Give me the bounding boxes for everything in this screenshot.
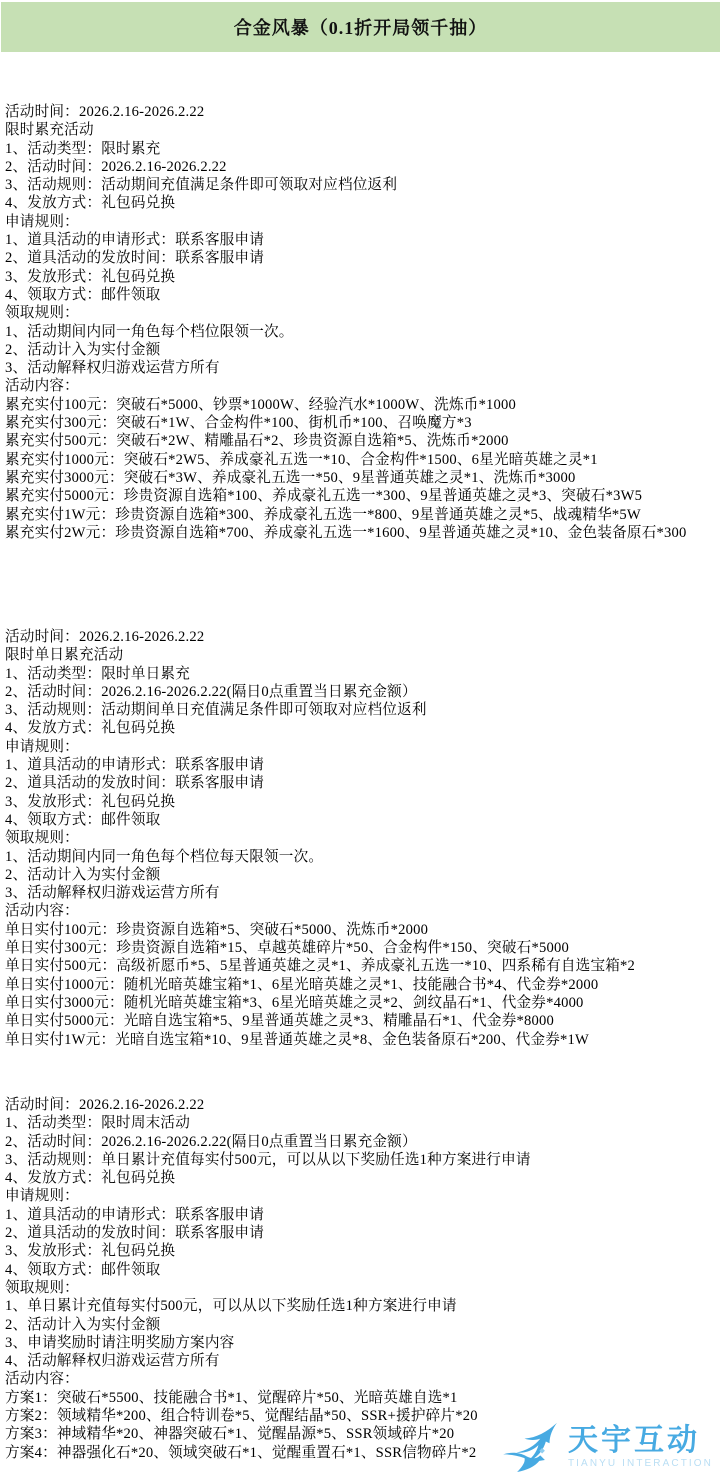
text-line: 累充实付2W元：珍贵资源自选箱*700、养成豪礼五选一*1600、9星普通英雄之… — [5, 524, 721, 542]
text-line: 2、活动计入为实付金额 — [5, 1316, 721, 1334]
text-line: 2、活动时间：2026.2.16-2026.2.22(隔日0点重置当日累充金额） — [5, 683, 721, 701]
text-line: 3、发放形式：礼包码兑换 — [5, 1242, 721, 1260]
text-line: 4、活动解释权归游戏运营方所有 — [5, 1352, 721, 1370]
section-limited-total-recharge: 活动时间：2026.2.16-2026.2.22限时累充活动1、活动类型：限时累… — [5, 103, 721, 542]
text-line: 累充实付500元：突破石*2W、精雕晶石*2、珍贵资源自选箱*5、洗炼币*200… — [5, 432, 721, 450]
text-line: 单日实付500元：高级祈愿币*5、5星普通英雄之灵*1、养成豪礼五选一*10、四… — [5, 957, 721, 975]
text-line: 累充实付3000元：突破石*3W、养成豪礼五选一*50、9星普通英雄之灵*1、洗… — [5, 469, 721, 487]
text-line: 1、道具活动的申请形式：联系客服申请 — [5, 756, 721, 774]
text-line: 3、发放形式：礼包码兑换 — [5, 268, 721, 286]
text-line: 1、活动期间内同一角色每个档位限领一次。 — [5, 323, 721, 341]
text-line: 限时单日累充活动 — [5, 646, 721, 664]
text-line: 领取规则： — [5, 1279, 721, 1297]
text-line: 3、活动规则：活动期间充值满足条件即可领取对应档位返利 — [5, 176, 721, 194]
text-line: 3、活动解释权归游戏运营方所有 — [5, 884, 721, 902]
text-line: 单日实付300元：珍贵资源自选箱*15、卓越英雄碎片*50、合金构件*150、突… — [5, 939, 721, 957]
text-line: 单日实付5000元：光暗自选宝箱*5、9星普通英雄之灵*3、精雕晶石*1、代金券… — [5, 1012, 721, 1030]
text-line: 1、道具活动的申请形式：联系客服申请 — [5, 231, 721, 249]
text-line: 申请规则： — [5, 738, 721, 756]
text-line: 单日实付100元：珍贵资源自选箱*5、突破石*5000、洗炼币*2000 — [5, 921, 721, 939]
text-line: 单日实付1W元：光暗自选宝箱*10、9星普通英雄之灵*8、金色装备原石*200、… — [5, 1031, 721, 1049]
text-line: 活动时间：2026.2.16-2026.2.22 — [5, 628, 721, 646]
text-line: 活动内容： — [5, 377, 721, 395]
text-line: 累充实付5000元：珍贵资源自选箱*100、养成豪礼五选一*300、9星普通英雄… — [5, 487, 721, 505]
tianyu-logo: 天宇互动 TIANYU INTERACTION — [501, 1422, 713, 1472]
text-line: 4、发放方式：礼包码兑换 — [5, 719, 721, 737]
text-line: 3、活动规则：活动期间单日充值满足条件即可领取对应档位返利 — [5, 701, 721, 719]
text-line: 累充实付1000元：突破石*2W5、养成豪礼五选一*10、合金构件*1500、6… — [5, 451, 721, 469]
tianyu-bird-icon — [501, 1422, 561, 1472]
text-line: 限时累充活动 — [5, 121, 721, 139]
text-line: 1、活动期间内同一角色每个档位每天限领一次。 — [5, 848, 721, 866]
text-line: 1、活动类型：限时周末活动 — [5, 1114, 721, 1132]
text-line: 申请规则： — [5, 1187, 721, 1205]
text-line: 4、领取方式：邮件领取 — [5, 286, 721, 304]
text-line: 4、领取方式：邮件领取 — [5, 811, 721, 829]
text-line: 方案1：突破石*5500、技能融合书*1、觉醒碎片*50、光暗英雄自选*1 — [5, 1389, 721, 1407]
text-line: 3、发放形式：礼包码兑换 — [5, 793, 721, 811]
logo-text: 天宇互动 TIANYU INTERACTION — [568, 1426, 713, 1469]
text-line: 2、活动计入为实付金额 — [5, 341, 721, 359]
text-line: 4、发放方式：礼包码兑换 — [5, 1169, 721, 1187]
logo-text-cn: 天宇互动 — [568, 1426, 700, 1456]
section-daily-recharge: 活动时间：2026.2.16-2026.2.22限时单日累充活动1、活动类型：限… — [5, 628, 721, 1049]
text-line: 3、活动规则：单日累计充值每实付500元，可以从以下奖励任选1种方案进行申请 — [5, 1151, 721, 1169]
text-line: 领取规则： — [5, 304, 721, 322]
text-line: 1、活动类型：限时单日累充 — [5, 665, 721, 683]
text-line: 活动时间：2026.2.16-2026.2.22 — [5, 103, 721, 121]
text-line: 累充实付1W元：珍贵资源自选箱*300、养成豪礼五选一*800、9星普通英雄之灵… — [5, 506, 721, 524]
logo-text-en: TIANYU INTERACTION — [568, 1458, 713, 1469]
text-line: 申请规则： — [5, 213, 721, 231]
page-title: 合金风暴（0.1折开局领千抽） — [234, 14, 488, 40]
text-line: 2、道具活动的发放时间：联系客服申请 — [5, 1224, 721, 1242]
text-line: 累充实付300元：突破石*1W、合金构件*100、街机币*100、召唤魔方*3 — [5, 414, 721, 432]
section-weekend-activity: 活动时间：2026.2.16-2026.2.221、活动类型：限时周末活动2、活… — [5, 1096, 721, 1462]
text-line: 4、发放方式：礼包码兑换 — [5, 194, 721, 212]
text-line: 活动时间：2026.2.16-2026.2.22 — [5, 1096, 721, 1114]
text-line: 活动内容： — [5, 1370, 721, 1388]
text-line: 2、道具活动的发放时间：联系客服申请 — [5, 249, 721, 267]
text-line: 2、道具活动的发放时间：联系客服申请 — [5, 774, 721, 792]
text-line: 3、活动解释权归游戏运营方所有 — [5, 359, 721, 377]
text-line: 1、道具活动的申请形式：联系客服申请 — [5, 1206, 721, 1224]
text-line: 2、活动时间：2026.2.16-2026.2.22(隔日0点重置当日累充金额） — [5, 1133, 721, 1151]
title-bar: 合金风暴（0.1折开局领千抽） — [1, 2, 720, 52]
text-line: 活动内容： — [5, 902, 721, 920]
text-line: 1、单日累计充值每实付500元，可以从以下奖励任选1种方案进行申请 — [5, 1297, 721, 1315]
text-line: 3、申请奖励时请注明奖励方案内容 — [5, 1334, 721, 1352]
text-line: 1、活动类型：限时累充 — [5, 140, 721, 158]
text-line: 单日实付1000元：随机光暗英雄宝箱*1、6星光暗英雄之灵*1、技能融合书*4、… — [5, 976, 721, 994]
text-line: 4、领取方式：邮件领取 — [5, 1261, 721, 1279]
text-line: 领取规则： — [5, 829, 721, 847]
text-line: 2、活动计入为实付金额 — [5, 866, 721, 884]
text-line: 2、活动时间：2026.2.16-2026.2.22 — [5, 158, 721, 176]
text-line: 累充实付100元：突破石*5000、钞票*1000W、经验汽水*1000W、洗炼… — [5, 396, 721, 414]
text-line: 单日实付3000元：随机光暗英雄宝箱*3、6星光暗英雄之灵*2、剑纹晶石*1、代… — [5, 994, 721, 1012]
